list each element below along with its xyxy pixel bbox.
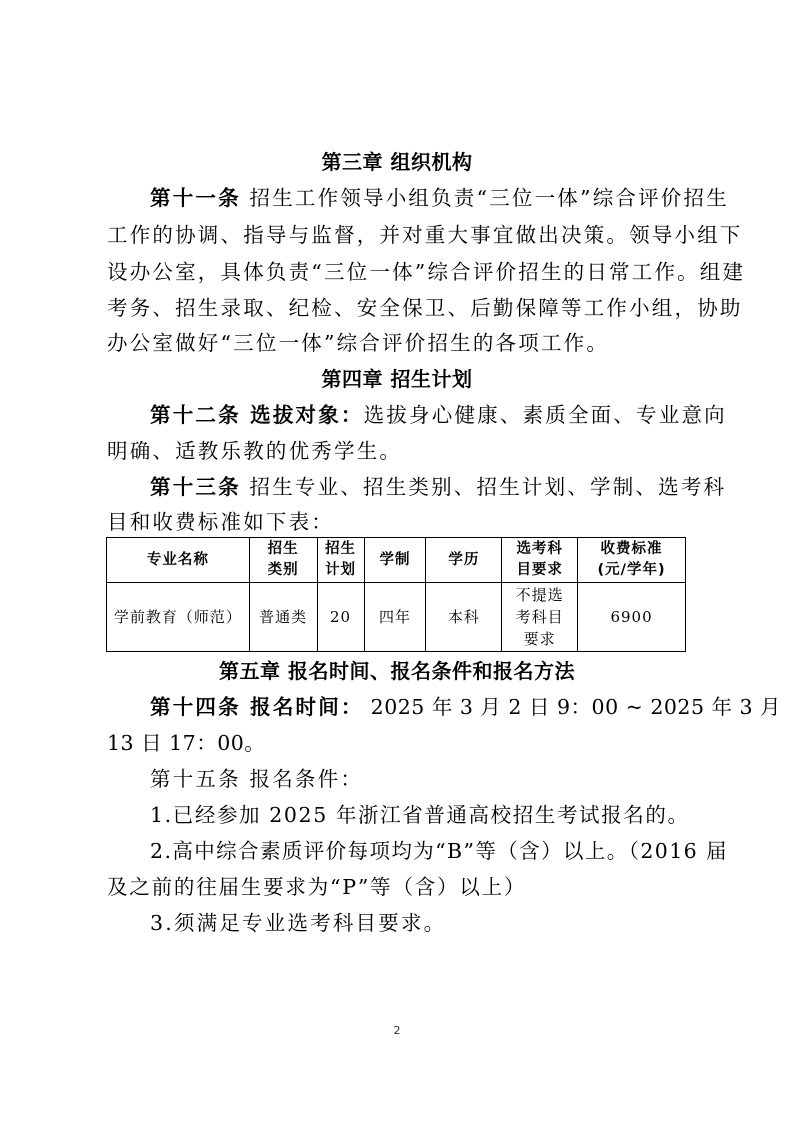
- article-11-line-1: 第十一条 招生工作领导小组负责“三位一体”综合评价招生: [150, 183, 687, 213]
- article-12-line-1: 第十二条 选拔对象：选拔身心健康、素质全面、专业意向: [150, 400, 687, 430]
- document-page: 第三章 组织机构 第十一条 招生工作领导小组负责“三位一体”综合评价招生 工作的…: [0, 0, 794, 1123]
- cell-duration: 四年: [364, 583, 426, 652]
- cell-degree: 本科: [426, 583, 502, 652]
- header-quota: 招生 计划: [317, 538, 364, 583]
- cell-tuition: 6900: [578, 583, 686, 652]
- article-15-item-3: 3.须满足专业选考科目要求。: [150, 908, 687, 938]
- cell-quota: 20: [317, 583, 364, 652]
- article-14-line-2: 13 日 17：00。: [107, 728, 687, 758]
- page-number: 2: [0, 1024, 794, 1037]
- article-11-line-5: 办公室做好“三位一体”综合评价招生的各项工作。: [107, 328, 687, 358]
- article-13-label: 第十三条: [150, 475, 241, 499]
- article-12-line-2: 明确、适教乐教的优秀学生。: [107, 436, 687, 466]
- article-14-line-1: 第十四条 报名时间： 2025 年 3 月 2 日 9：00 ~ 2025 年 …: [150, 692, 687, 722]
- header-major: 专业名称: [107, 538, 250, 583]
- table-row: 学前教育（师范） 普通类 20 四年 本科 不提选 考科目 要求 6900: [107, 583, 686, 652]
- article-15-item-1: 1.已经参加 2025 年浙江省普通高校招生考试报名的。: [150, 800, 687, 830]
- header-degree: 学历: [426, 538, 502, 583]
- table-header-row: 专业名称 招生 类别 招生 计划 学制 学历 选考科 目要求 收费标准 (元/学…: [107, 538, 686, 583]
- chapter-4-title: 第四章 招生计划: [0, 364, 794, 394]
- article-15-item-2: 2.高中综合素质评价每项均为“B”等（含）以上。（2016 届: [150, 836, 687, 866]
- header-duration: 学制: [364, 538, 426, 583]
- cell-major: 学前教育（师范）: [107, 583, 250, 652]
- header-tuition: 收费标准 (元/学年): [578, 538, 686, 583]
- cell-category: 普通类: [249, 583, 317, 652]
- chapter-3-title: 第三章 组织机构: [0, 147, 794, 177]
- article-13-line-1: 第十三条 招生专业、招生类别、招生计划、学制、选考科: [150, 472, 687, 502]
- enrollment-plan-table: 专业名称 招生 类别 招生 计划 学制 学历 选考科 目要求 收费标准 (元/学…: [106, 537, 686, 652]
- article-11-line-3: 设办公室，具体负责“三位一体”综合评价招生的日常工作。组建: [107, 257, 687, 287]
- header-subject-requirement: 选考科 目要求: [502, 538, 578, 583]
- article-12-label: 第十二条 选拔对象：: [150, 403, 364, 427]
- article-11-line-4: 考务、招生录取、纪检、安全保卫、后勤保障等工作小组，协助: [107, 293, 687, 323]
- article-11-label: 第十一条: [150, 186, 241, 210]
- article-15-title: 第十五条 报名条件：: [150, 764, 687, 794]
- cell-subject-requirement: 不提选 考科目 要求: [502, 583, 578, 652]
- article-15-item-2-cont: 及之前的往届生要求为“P”等（含）以上）: [107, 872, 687, 902]
- article-13-line-2: 目和收费标准如下表：: [107, 507, 687, 537]
- chapter-5-title: 第五章 报名时间、报名条件和报名方法: [0, 656, 794, 686]
- article-14-label: 第十四条 报名时间：: [150, 695, 364, 719]
- article-11-line-2: 工作的协调、指导与监督，并对重大事宜做出决策。领导小组下: [107, 220, 687, 250]
- header-category: 招生 类别: [249, 538, 317, 583]
